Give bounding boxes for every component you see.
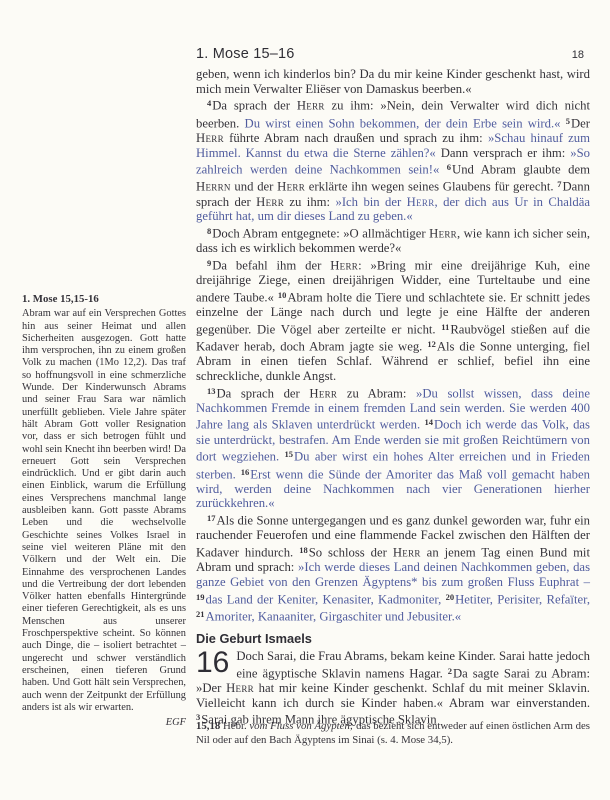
text-segment: Herr xyxy=(297,99,325,113)
chapter-16-block: 16 Doch Sarai, die Frau Abrams, bekam ke… xyxy=(196,649,590,728)
text-segment: Hebr. xyxy=(220,720,249,732)
text-segment: Du wirst einen Sohn bekommen, der dein E… xyxy=(245,116,566,130)
text-segment: Und Abram glaubte dem xyxy=(452,163,590,177)
text-segment: »Ich bin der xyxy=(335,195,406,209)
footnote-area: 15,18 Hebr. vom Fluss von Ägypten; das b… xyxy=(196,719,590,747)
text-segment: hat mir keine Kinder geschenkt. Schlaf d… xyxy=(196,681,590,710)
scripture-paragraphs: geben, wenn ich kinderlos bin? Da du mir… xyxy=(196,67,590,624)
section-heading: Die Geburt Ismaels xyxy=(196,631,590,646)
text-segment: So schloss der xyxy=(309,546,393,560)
bible-page: 1. Mose 15–16 18 1. Mose 15,15-16 Abram … xyxy=(0,0,610,800)
verse-number: 15 xyxy=(285,449,294,459)
running-head-title: 1. Mose 15–16 xyxy=(196,46,295,62)
text-segment: Doch Abram entgegnete: »O allmächtiger xyxy=(212,227,429,241)
text-segment: Herr xyxy=(429,227,457,241)
text-segment: 15,18 xyxy=(196,720,220,732)
chapter-paragraph: Doch Sarai, die Frau Abrams, bekam keine… xyxy=(196,649,590,728)
text-segment: Herr xyxy=(226,681,254,695)
text-segment: und der xyxy=(231,180,277,194)
verse-number: 8 xyxy=(207,226,211,236)
footnote-text: 15,18 Hebr. vom Fluss von Ägypten; das b… xyxy=(196,719,590,747)
verse-number: 18 xyxy=(299,545,308,555)
scripture-paragraph: 13Da sprach der Herr zu Abram: »Du solls… xyxy=(196,384,590,512)
study-note-heading: 1. Mose 15,15-16 xyxy=(22,293,186,305)
study-note-author-initials: EGF xyxy=(22,717,186,729)
text-segment: Erst wenn die Sünde der Amoriter das Maß… xyxy=(196,467,590,510)
chapter-number: 16 xyxy=(196,650,229,676)
text-segment: Dann versprach er ihm: xyxy=(441,146,571,160)
text-segment: Herrn xyxy=(196,180,231,194)
verse-number: 19 xyxy=(196,592,205,602)
text-segment: erklärte ihn wegen seines Glaubens für g… xyxy=(305,180,557,194)
text-segment: Herr xyxy=(309,386,337,400)
verse-number: 5 xyxy=(566,116,570,126)
verse-number: 20 xyxy=(446,592,455,602)
scripture-paragraph: geben, wenn ich kinderlos bin? Da du mir… xyxy=(196,67,590,96)
verse-number: 21 xyxy=(196,609,205,619)
text-segment: Herr xyxy=(393,546,421,560)
verse-number: 16 xyxy=(241,467,250,477)
text-segment: führte Abram nach draußen und sprach zu … xyxy=(224,131,488,145)
text-segment: zu Abram: xyxy=(337,386,416,400)
verse-number: 12 xyxy=(427,339,436,349)
verse-number: 7 xyxy=(557,179,561,189)
scripture-paragraph: 4Da sprach der Herr zu ihm: »Nein, dein … xyxy=(196,96,590,224)
text-segment: Da befahl ihm der xyxy=(212,258,330,272)
verse-number: 6 xyxy=(447,162,451,172)
page-number: 18 xyxy=(572,49,584,61)
scripture-paragraph: 9Da befahl ihm der Herr: »Bring mir eine… xyxy=(196,256,590,384)
text-segment: zu ihm: xyxy=(284,195,335,209)
text-segment: Herr xyxy=(256,195,284,209)
page-header: 1. Mose 15–16 18 xyxy=(196,46,584,62)
scripture-paragraph: 8Doch Abram entgegnete: »O allmächtiger … xyxy=(196,224,590,256)
verse-number: 14 xyxy=(424,417,433,427)
text-segment: Herr xyxy=(330,258,358,272)
text-segment: Herr xyxy=(196,131,224,145)
verse-number: 4 xyxy=(207,98,211,108)
text-segment: Da sprach der xyxy=(212,99,297,113)
study-note-sidebar: 1. Mose 15,15-16 Abram war auf ein Versp… xyxy=(22,293,186,729)
verse-number: 9 xyxy=(207,258,211,268)
study-note-body: Abram war auf ein Versprechen Gottes hin… xyxy=(22,308,186,714)
scripture-column: geben, wenn ich kinderlos bin? Da du mir… xyxy=(196,67,590,728)
text-segment: Herr xyxy=(407,195,435,209)
text-segment: Da sprach der xyxy=(217,386,310,400)
text-segment: Amoriter, Kanaaniter, Girgaschiter und J… xyxy=(206,609,462,623)
scripture-paragraph: 17Als die Sonne untergegangen und es gan… xyxy=(196,511,590,624)
text-segment: Der xyxy=(571,116,590,130)
text-segment: Hetiter, Perisiter, Refaïter, xyxy=(455,592,590,606)
verse-number: 2 xyxy=(448,666,452,676)
text-segment: Herr xyxy=(277,180,305,194)
text-segment: vom Fluss von Ägypten; xyxy=(249,720,353,732)
verse-number: 11 xyxy=(441,322,449,332)
text-segment: geben, wenn ich kinderlos bin? Da du mir… xyxy=(196,67,590,96)
verse-number: 17 xyxy=(207,513,216,523)
text-segment: das Land der Keniter, Kenasiter, Kadmoni… xyxy=(206,592,446,606)
verse-number: 13 xyxy=(207,386,216,396)
verse-number: 10 xyxy=(278,290,287,300)
